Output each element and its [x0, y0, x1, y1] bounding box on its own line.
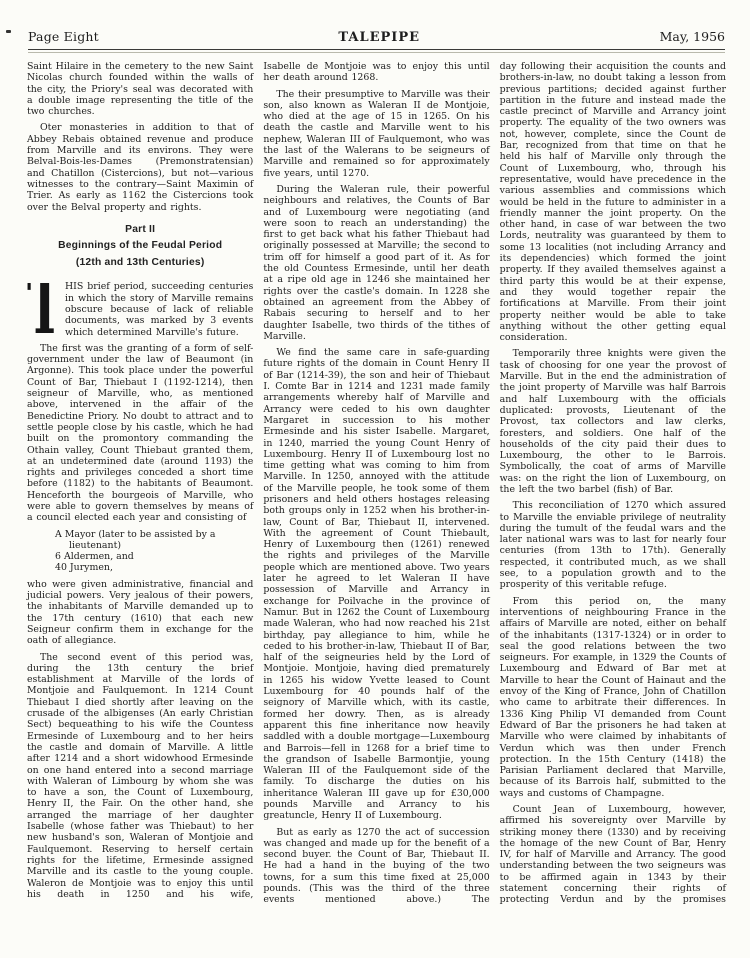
paragraph: From this period on, the many interventi…: [500, 596, 726, 799]
publication-title: TALEPIPE: [99, 30, 660, 45]
paragraph: The their presumptive to Marville was th…: [263, 89, 489, 179]
paragraph: This reconciliation of 1270 which assure…: [500, 500, 726, 590]
header-rule-top: [28, 49, 725, 50]
header-rule: [28, 49, 725, 53]
text-column-1: Saint Hilaire in the cemetery to the new…: [27, 61, 253, 911]
page-number-label: Page Eight: [28, 29, 99, 44]
list-item: 6 Aldermen, and: [27, 551, 253, 562]
article-body: Saint Hilaire in the cemetery to the new…: [27, 61, 726, 911]
paragraph: The first was the granting of a form of …: [27, 343, 253, 524]
issue-date: May, 1956: [660, 29, 725, 44]
text-column-2: Isabelle de Montjoie was to enjoy this u…: [263, 61, 489, 911]
drop-cap: T: [27, 283, 58, 341]
text-column-3: day following their acquisition the coun…: [500, 61, 726, 911]
section-heading: Part IIBeginnings of the Feudal Period(1…: [27, 222, 253, 271]
paragraph: day following their acquisition the coun…: [500, 61, 726, 343]
paragraph: Oter monasteries in addition to that of …: [27, 122, 253, 212]
paragraph: We find the same care in safe-guarding f…: [263, 347, 489, 821]
paragraph: During the Waleran rule, their powerful …: [263, 184, 489, 342]
drop-cap-letter: T: [27, 283, 58, 341]
heading-line: (12th and 13th Centuries): [27, 255, 253, 271]
heading-line: Beginnings of the Feudal Period: [27, 238, 253, 254]
paragraph: THIS brief period, succeeding centuries …: [27, 281, 253, 337]
council-list: A Mayor (later to be assisted by a lieut…: [27, 529, 253, 574]
paragraph: Count Jean of Luxembourg, however, affir…: [500, 804, 726, 906]
paragraph: The second event of this period was, dur…: [27, 652, 253, 901]
paragraph: Temporarily three knights were given the…: [500, 348, 726, 495]
list-item: 40 Jurymen,: [27, 562, 253, 573]
paragraph: who were given administrative, financial…: [27, 579, 253, 647]
paragraph: Isabelle de Montjoie was to enjoy this u…: [263, 61, 489, 84]
list-item: A Mayor (later to be assisted by a lieut…: [27, 529, 253, 552]
scanned-newsletter-page: Page Eight TALEPIPE May, 1956 Saint Hila…: [0, 0, 750, 958]
heading-line: Part II: [27, 222, 253, 238]
scan-artifact: [6, 30, 11, 33]
paragraph: Saint Hilaire in the cemetery to the new…: [27, 61, 253, 117]
page-header: Page Eight TALEPIPE May, 1956: [28, 29, 725, 45]
paragraph: But as early as 1270 the act of successi…: [263, 827, 489, 906]
header-rule-bottom: [28, 52, 725, 53]
